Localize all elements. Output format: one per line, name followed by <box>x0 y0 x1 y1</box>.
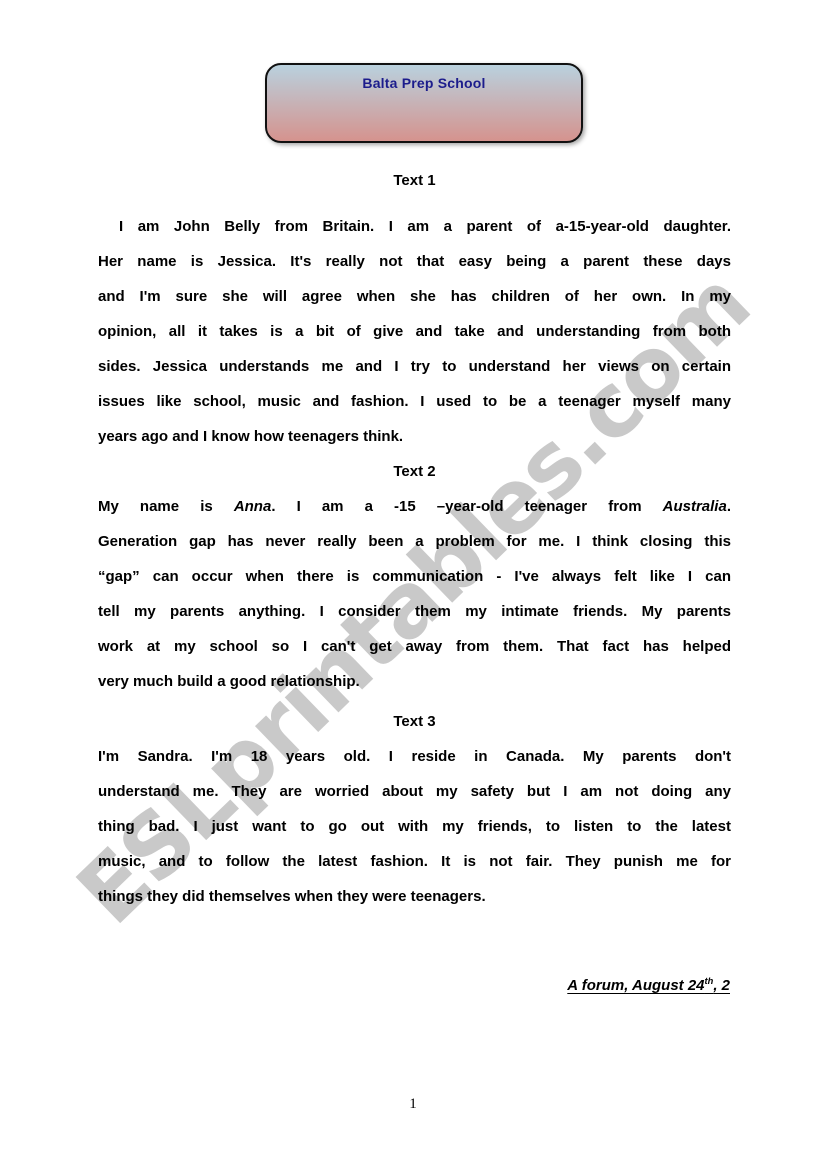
text-line: thing bad. I just want to go out with my… <box>98 809 731 844</box>
emphasized-text: Anna <box>234 498 272 515</box>
section-title: Text 3 <box>98 704 731 739</box>
page-number: 1 <box>0 1096 826 1113</box>
school-name: Balta Prep School <box>267 65 581 91</box>
text-line: very much build a good relationship. <box>98 664 731 699</box>
paragraph: I'm Sandra. I'm 18 years old. I reside i… <box>98 739 731 914</box>
text-line: Generation gap has never really been a p… <box>98 524 731 559</box>
source-citation-tail: , 2 <box>713 977 730 994</box>
text-line: and I'm sure she will agree when she has… <box>98 279 731 314</box>
text-line: “gap” can occur when there is communicat… <box>98 559 731 594</box>
text-line: Her name is Jessica. It's really not tha… <box>98 244 731 279</box>
section-title: Text 2 <box>98 454 731 489</box>
paragraph: I am John Belly from Britain. I am a par… <box>98 209 731 454</box>
paragraph: My name is Anna. I am a -15 –year-old te… <box>98 489 731 699</box>
source-citation: A forum, August 24th, 2 <box>567 976 730 994</box>
text-line: tell my parents anything. I consider the… <box>98 594 731 629</box>
source-citation-ordinal: th <box>705 976 714 986</box>
text-line: music, and to follow the latest fashion.… <box>98 844 731 879</box>
emphasized-text: Australia <box>663 498 727 515</box>
text-line: things they did themselves when they wer… <box>98 879 731 914</box>
text-segment: . I am a -15 –year-old teenager from <box>271 498 662 515</box>
text-line: understand me. They are worried about my… <box>98 774 731 809</box>
source-citation-text: A forum, August 24 <box>567 977 704 994</box>
text-line: years ago and I know how teenagers think… <box>98 419 731 454</box>
text-line: I am John Belly from Britain. I am a par… <box>98 209 731 244</box>
school-header-box: Balta Prep School <box>265 63 583 143</box>
text-line: My name is Anna. I am a -15 –year-old te… <box>98 489 731 524</box>
document-page: ESLprintables.com Balta Prep School Text… <box>0 0 826 1169</box>
text-line: sides. Jessica understands me and I try … <box>98 349 731 384</box>
document-body: Text 1I am John Belly from Britain. I am… <box>98 163 731 914</box>
text-line: work at my school so I can't get away fr… <box>98 629 731 664</box>
text-segment: . <box>727 498 731 515</box>
text-segment: My name is <box>98 498 234 515</box>
section-title: Text 1 <box>98 163 731 198</box>
text-line: opinion, all it takes is a bit of give a… <box>98 314 731 349</box>
text-line: I'm Sandra. I'm 18 years old. I reside i… <box>98 739 731 774</box>
text-line: issues like school, music and fashion. I… <box>98 384 731 419</box>
